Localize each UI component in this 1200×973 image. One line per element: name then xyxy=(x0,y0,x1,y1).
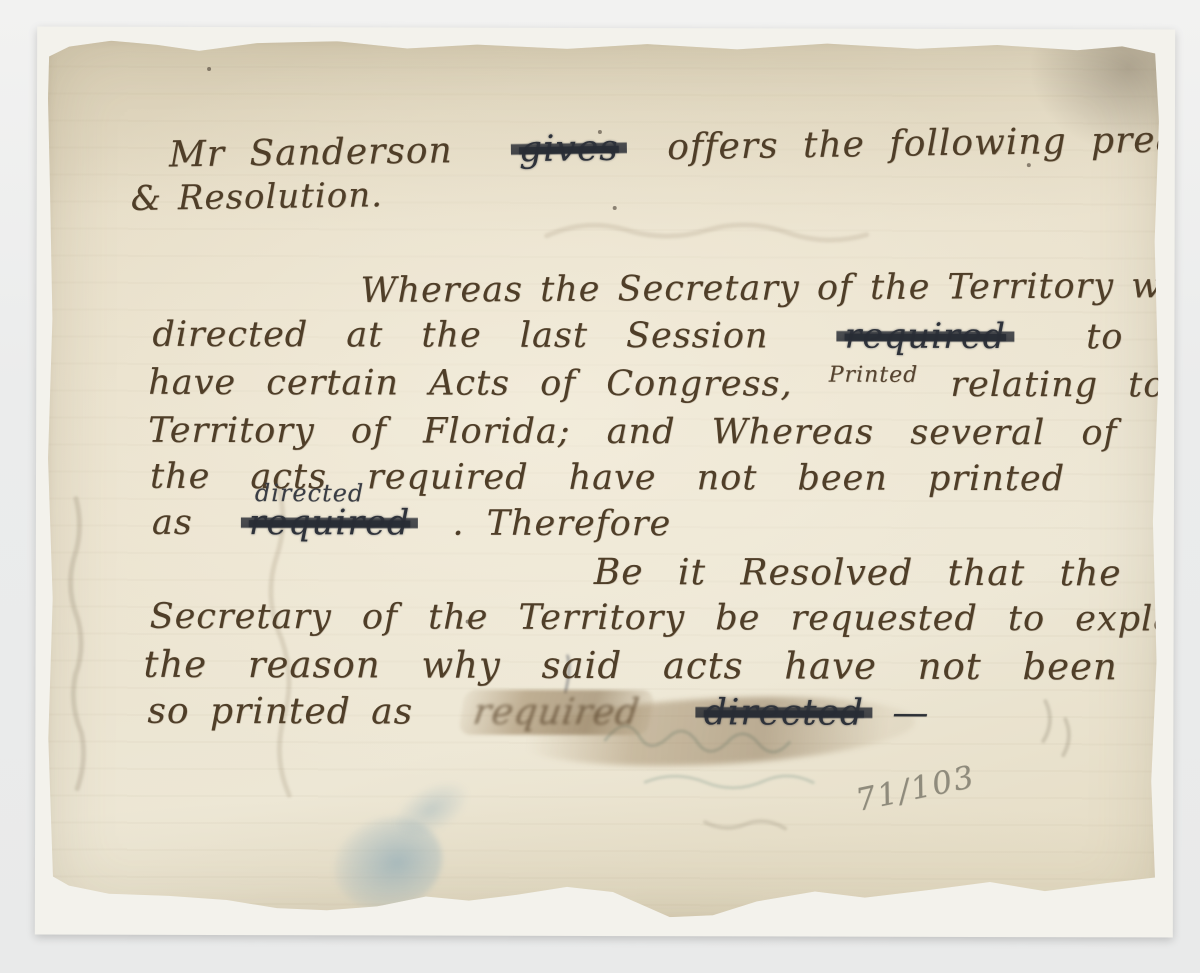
ms-word-struck: directed xyxy=(696,692,872,733)
ms-word-normal: Whereas the Secretary of the Territory w… xyxy=(360,266,1200,311)
manuscript-line-11: the reason why said acts have not been xyxy=(143,643,1117,689)
ms-word-normal: & Resolution. xyxy=(130,175,383,219)
ms-word-normal: as xyxy=(152,503,193,543)
paper-speck xyxy=(207,67,211,71)
torn-manuscript-paper: Mr Sanderson gives offers the following … xyxy=(45,39,1161,924)
ms-word-normal: have certain Acts of Congress, xyxy=(148,363,792,405)
ms-word-normal: Secretary of the Territory be requested … xyxy=(150,597,1200,640)
manuscript-line-2: & Resolution. xyxy=(130,175,383,219)
ms-word-normal: the reason why said acts have not been xyxy=(143,643,1117,689)
manuscript-line-8: as required directed . Therefore xyxy=(152,503,671,544)
manuscript-scan: Mr Sanderson gives offers the following … xyxy=(0,0,1200,973)
ms-word-inserted: Printed xyxy=(829,363,919,388)
ms-correction-group: required directed xyxy=(241,503,419,543)
paper-speck xyxy=(613,206,617,210)
ms-word-struck: gives xyxy=(511,128,627,171)
manuscript-line-10: Secretary of the Territory be requested … xyxy=(150,597,1200,640)
ms-word-struck: required xyxy=(241,503,419,543)
ms-word-normal: relating to the xyxy=(950,365,1200,406)
ms-word-normal: so printed as xyxy=(147,691,413,733)
manuscript-line-9: Be it Resolved that the xyxy=(594,552,1122,594)
manuscript-line-6: Territory of Florida; and Whereas severa… xyxy=(148,411,1117,454)
ms-word-struck: required xyxy=(837,317,1015,357)
ms-end-dash: — xyxy=(892,693,929,734)
manuscript-line-3: Whereas the Secretary of the Territory w… xyxy=(360,266,1200,311)
ms-word-normal: . Therefore xyxy=(452,504,671,545)
manuscript-line-12: so printed as required directed — xyxy=(147,689,929,736)
manuscript-line-5: have certain Acts of Congress, Printed r… xyxy=(148,363,1200,406)
ms-word-normal: Territory of Florida; and Whereas severa… xyxy=(148,411,1117,454)
ms-word-inserted-above: directed xyxy=(255,479,364,507)
ms-word-normal: directed at the last Session xyxy=(152,315,768,357)
ms-word-normal: offers the following preamble xyxy=(667,118,1200,168)
manuscript-line-4: directed at the last Session required to xyxy=(152,315,1123,358)
ms-word-normal: to xyxy=(1086,317,1123,357)
ms-word-normal: Be it Resolved that the xyxy=(594,552,1122,594)
ms-word-normal: Mr Sanderson xyxy=(169,130,453,175)
paper-speck xyxy=(1027,163,1031,167)
backing-sheet: Mr Sanderson gives offers the following … xyxy=(35,27,1175,938)
ms-word-smudged: required xyxy=(458,690,654,735)
